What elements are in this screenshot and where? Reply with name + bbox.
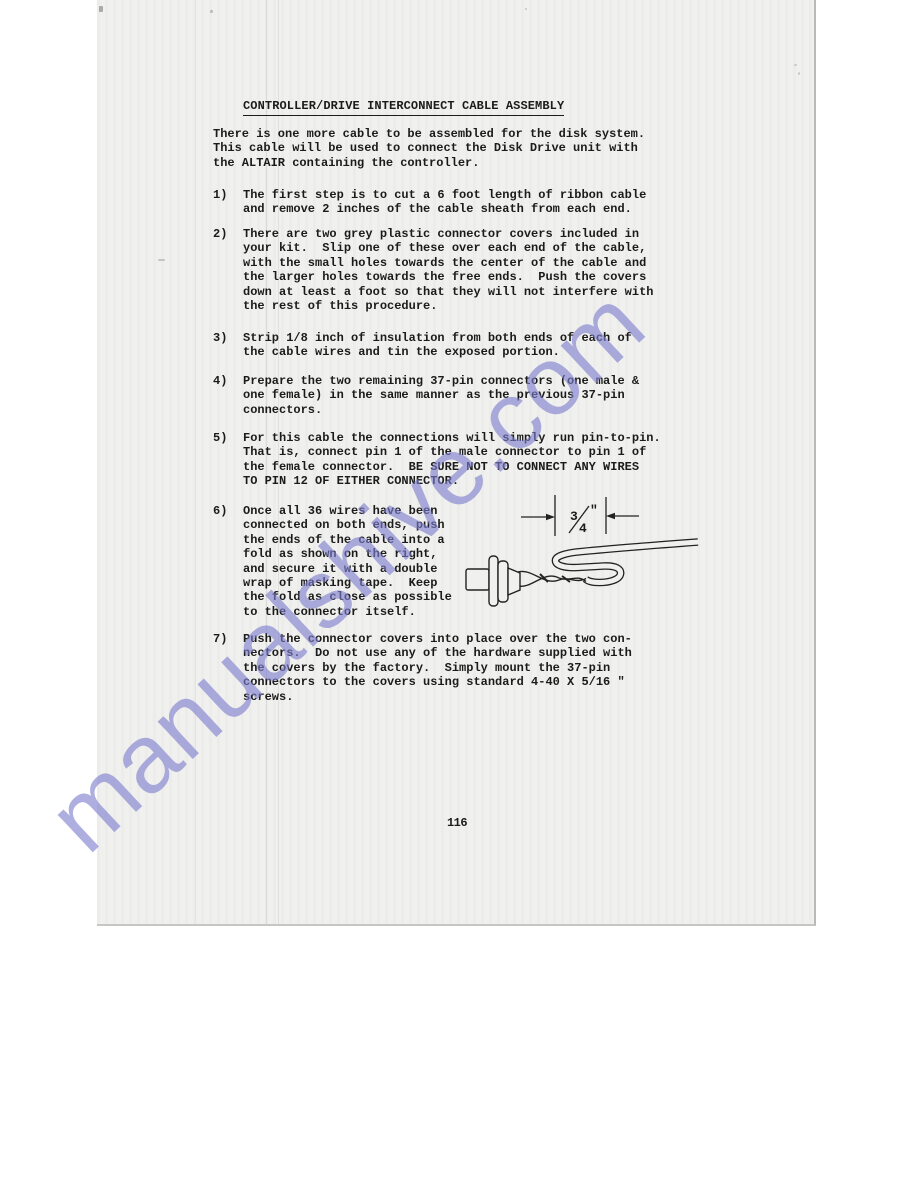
text-line: the rest of this procedure. bbox=[243, 299, 653, 313]
text-line: This cable will be used to connect the D… bbox=[213, 141, 645, 155]
text-line: the cable wires and tin the exposed port… bbox=[243, 345, 632, 359]
text-line: wrap of masking tape. Keep bbox=[243, 576, 452, 590]
text-line: The first step is to cut a 6 foot length… bbox=[243, 188, 646, 202]
text-line: There are two grey plastic connector cov… bbox=[243, 227, 653, 241]
step-text: For this cable the connections will simp… bbox=[243, 431, 661, 489]
text-line: the covers by the factory. Simply mount … bbox=[243, 661, 632, 675]
text-line: Once all 36 wires have been bbox=[243, 504, 452, 518]
step-number: 2) bbox=[213, 227, 227, 241]
connector-drawing bbox=[466, 556, 520, 606]
step-item-7: 7) Push the connector covers into place … bbox=[213, 632, 632, 704]
text-line: and remove 2 inches of the cable sheath … bbox=[243, 202, 646, 216]
step-number: 5) bbox=[213, 431, 227, 445]
step-text: Prepare the two remaining 37-pin connect… bbox=[243, 374, 639, 417]
step-item-6: 6) Once all 36 wires have beenconnected … bbox=[213, 504, 452, 619]
text-line: down at least a foot so that they will n… bbox=[243, 285, 653, 299]
scan-speck bbox=[794, 64, 797, 66]
step-number: 6) bbox=[213, 504, 227, 518]
step-number: 7) bbox=[213, 632, 227, 646]
scan-speck bbox=[525, 8, 527, 10]
text-line: the fold as close as possible bbox=[243, 590, 452, 604]
step-item-2: 2) There are two grey plastic connector … bbox=[213, 227, 653, 313]
folded-ribbon-cable-inner bbox=[555, 542, 698, 583]
text-line: with the small holes towards the center … bbox=[243, 256, 653, 270]
scanned-manual-page: CONTROLLER/DRIVE INTERCONNECT CABLE ASSE… bbox=[0, 0, 918, 1188]
connector-plug-barrel bbox=[466, 569, 489, 590]
text-line: one female) in the same manner as the pr… bbox=[243, 388, 639, 402]
connector-tapered-body bbox=[508, 568, 520, 595]
text-line: Strip 1/8 inch of insulation from both e… bbox=[243, 331, 632, 345]
scan-speck bbox=[798, 72, 800, 75]
step-text: Once all 36 wires have beenconnected on … bbox=[243, 504, 452, 619]
text-line: There is one more cable to be assembled … bbox=[213, 127, 645, 141]
cable-fold-diagram: 3 4 " bbox=[458, 490, 708, 630]
text-line: fold as shown on the right, bbox=[243, 547, 452, 561]
text-line: connectors to the covers using standard … bbox=[243, 675, 632, 689]
step-text: Strip 1/8 inch of insulation from both e… bbox=[243, 331, 632, 360]
text-line: your kit. Slip one of these over each en… bbox=[243, 241, 653, 255]
text-line: the ends of the cable into a bbox=[243, 533, 452, 547]
step-item-5: 5) For this cable the connections will s… bbox=[213, 431, 661, 489]
text-line: That is, connect pin 1 of the male conne… bbox=[243, 445, 661, 459]
step-number: 4) bbox=[213, 374, 227, 388]
dimension-inch-mark: " bbox=[590, 503, 598, 518]
text-line: screws. bbox=[243, 690, 632, 704]
step-item-3: 3) Strip 1/8 inch of insulation from bot… bbox=[213, 331, 632, 360]
text-line: Push the connector covers into place ove… bbox=[243, 632, 632, 646]
connector-flange-small bbox=[498, 561, 508, 602]
page-title: CONTROLLER/DRIVE INTERCONNECT CABLE ASSE… bbox=[243, 99, 564, 116]
text-line: the female connector. BE SURE NOT TO CON… bbox=[243, 460, 661, 474]
arrowhead-right-pointing bbox=[546, 514, 555, 520]
twisted-wires bbox=[518, 571, 586, 586]
intro-paragraph: There is one more cable to be assembled … bbox=[213, 127, 645, 170]
step-item-4: 4) Prepare the two remaining 37-pin conn… bbox=[213, 374, 639, 417]
step-number: 3) bbox=[213, 331, 227, 345]
dimension-numerator: 3 bbox=[570, 509, 578, 524]
scan-speck bbox=[210, 10, 213, 13]
scan-speck bbox=[158, 259, 165, 261]
scan-crease-line bbox=[195, 0, 196, 924]
step-item-1: 1) The first step is to cut a 6 foot len… bbox=[213, 188, 646, 217]
text-line: nectors. Do not use any of the hardware … bbox=[243, 646, 632, 660]
scan-speck bbox=[99, 6, 103, 12]
text-line: Prepare the two remaining 37-pin connect… bbox=[243, 374, 639, 388]
text-line: to the connector itself. bbox=[243, 605, 452, 619]
page-number: 116 bbox=[441, 816, 473, 830]
paper-sheet: CONTROLLER/DRIVE INTERCONNECT CABLE ASSE… bbox=[97, 0, 816, 926]
arrowhead-left-pointing bbox=[606, 513, 615, 519]
step-text: There are two grey plastic connector cov… bbox=[243, 227, 653, 313]
text-line: connectors. bbox=[243, 403, 639, 417]
text-line: the ALTAIR containing the controller. bbox=[213, 156, 645, 170]
dimension-denominator: 4 bbox=[579, 521, 587, 536]
step-text: The first step is to cut a 6 foot length… bbox=[243, 188, 646, 217]
text-line: For this cable the connections will simp… bbox=[243, 431, 661, 445]
text-line: connected on both ends, push bbox=[243, 518, 452, 532]
text-line: TO PIN 12 OF EITHER CONNECTOR. bbox=[243, 474, 661, 488]
text-line: the larger holes towards the free ends. … bbox=[243, 270, 653, 284]
step-text: Push the connector covers into place ove… bbox=[243, 632, 632, 704]
text-line: and secure it with a double bbox=[243, 562, 452, 576]
connector-flange-large bbox=[489, 556, 498, 606]
step-number: 1) bbox=[213, 188, 227, 202]
